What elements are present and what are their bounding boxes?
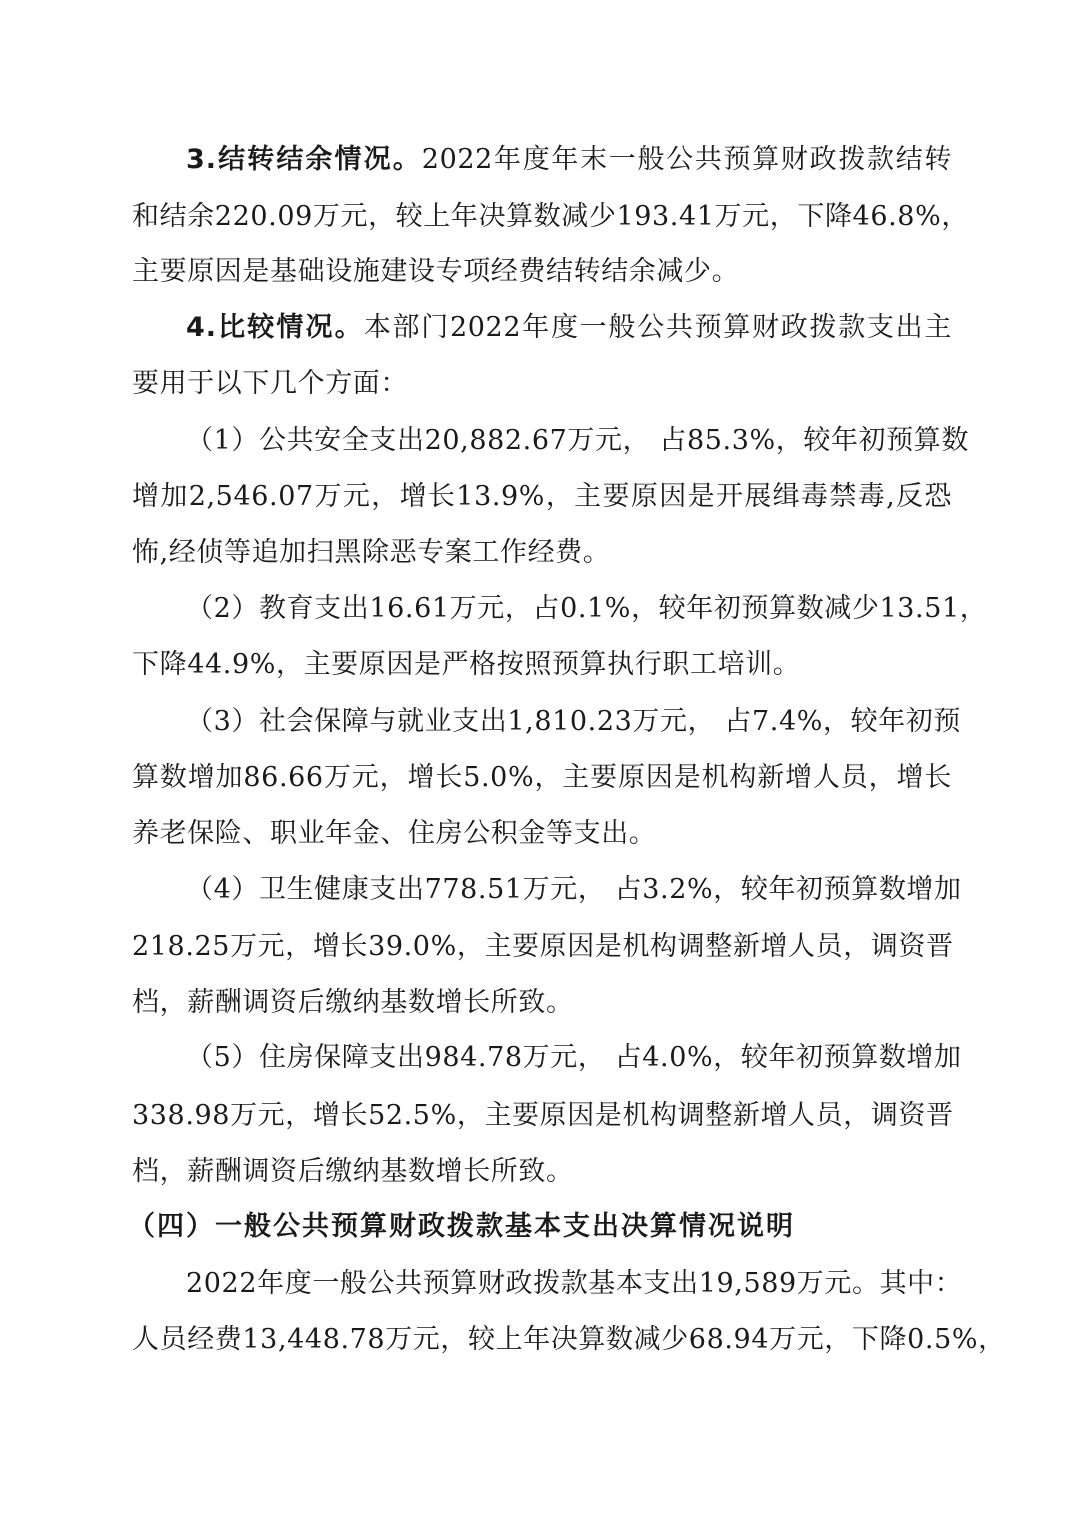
section-3-text: 2022年度年末一般公共预算财政拨款结转 [422, 144, 952, 175]
item-3-line-2: 算数增加86.66万元，增长5.0%，主要原因是机构新增人员，增长 [132, 758, 952, 798]
section-3-heading: 3.结转结余情况。 [186, 144, 422, 175]
item-4-line-3: 档，薪酬调资后缴纳基数增长所致。 [132, 983, 952, 1023]
section-4-line-2: 要用于以下几个方面： [132, 364, 952, 404]
item-3-line-3: 养老保险、职业年金、住房公积金等支出。 [132, 814, 952, 854]
item-4-line-2: 218.25万元，增长39.0%，主要原因是机构调整新增人员，调资晋 [132, 927, 952, 967]
document-page: 3.结转结余情况。2022年度年末一般公共预算财政拨款结转 和结余220.09万… [0, 0, 1074, 1520]
section-4-line-1: 4.比较情况。本部门2022年度一般公共预算财政拨款支出主 [186, 308, 952, 348]
item-5-line-2: 338.98万元，增长52.5%，主要原因是机构调整新增人员，调资晋 [132, 1096, 952, 1136]
item-2-line-2: 下降44.9%，主要原因是严格按照预算执行职工培训。 [132, 645, 952, 685]
item-1-line-1: （1）公共安全支出20,882.67万元， 占85.3%，较年初预算数 [186, 421, 952, 461]
section-iv-line-2: 人员经费13,448.78万元，较上年决算数减少68.94万元，下降0.5%， [132, 1320, 952, 1360]
section-3-line-1: 3.结转结余情况。2022年度年末一般公共预算财政拨款结转 [186, 140, 952, 180]
section-4-heading: 4.比较情况。 [186, 312, 364, 343]
item-3-line-1: （3）社会保障与就业支出1,810.23万元， 占7.4%，较年初预 [186, 702, 952, 742]
item-1-line-2: 增加2,546.07万元，增长13.9%，主要原因是开展缉毒禁毒,反恐 [132, 477, 952, 517]
section-4-text: 本部门2022年度一般公共预算财政拨款支出主 [364, 312, 952, 343]
item-5-line-3: 档，薪酬调资后缴纳基数增长所致。 [132, 1152, 952, 1192]
item-5-line-1: （5）住房保障支出984.78万元， 占4.0%，较年初预算数增加 [186, 1038, 952, 1078]
item-4-line-1: （4）卫生健康支出778.51万元， 占3.2%，较年初预算数增加 [186, 870, 952, 910]
item-2-line-1: （2）教育支出16.61万元，占0.1%，较年初预算数减少13.51， [186, 589, 952, 629]
section-iv-line-1: 2022年度一般公共预算财政拨款基本支出19,589万元。其中： [186, 1264, 952, 1304]
section-3-line-2: 和结余220.09万元，较上年决算数减少193.41万元，下降46.8%， [132, 197, 952, 237]
item-1-line-3: 怖,经侦等追加扫黑除恶专案工作经费。 [132, 533, 952, 573]
section-iv-heading: （四）一般公共预算财政拨款基本支出决算情况说明 [128, 1207, 948, 1247]
section-3-line-3: 主要原因是基础设施建设专项经费结转结余减少。 [132, 252, 952, 292]
